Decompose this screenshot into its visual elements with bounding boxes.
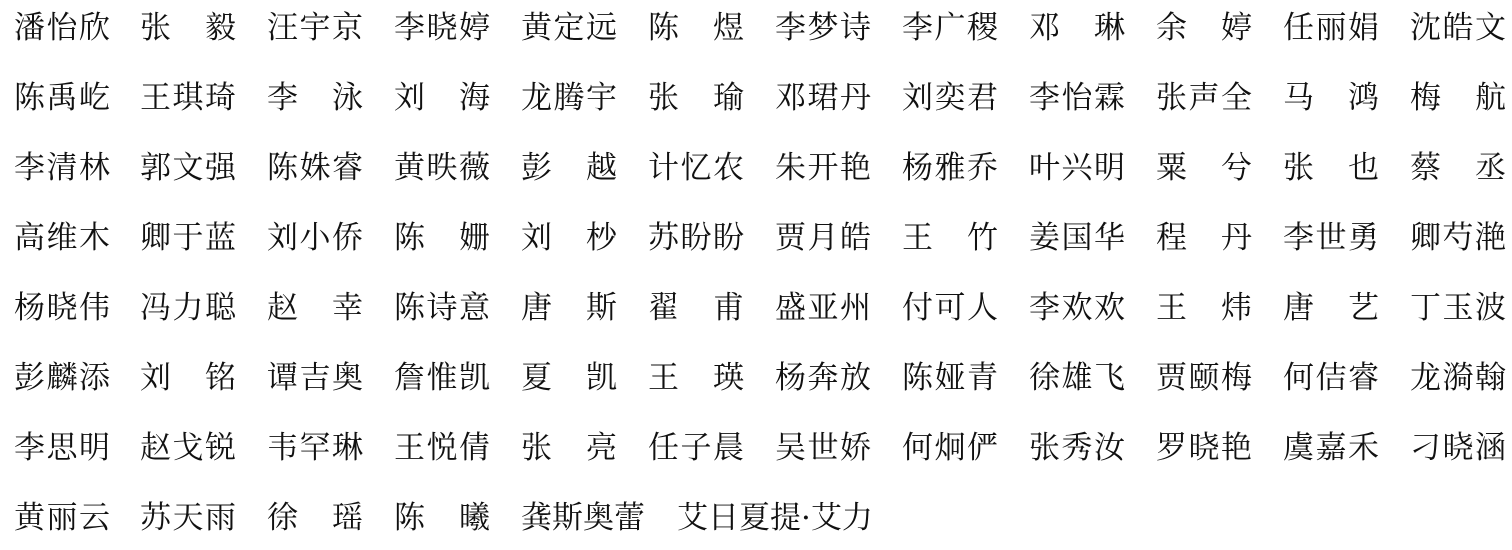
name-entry: 詹惟凯	[394, 356, 490, 400]
name-entry: 刘杪	[521, 216, 617, 260]
name-entry: 赵戈锐	[140, 426, 236, 470]
name-entry: 郭文强	[140, 146, 236, 190]
name-entry: 张亮	[521, 426, 617, 470]
name-entry: 刘海	[394, 76, 490, 120]
name-entry: 潘怡欣	[14, 6, 110, 50]
name-entry: 李晓婷	[394, 6, 490, 50]
name-row: 杨晓伟冯力聪赵幸陈诗意唐斯翟甫盛亚州付可人李欢欢王炜唐艺丁玉波	[0, 286, 1512, 330]
name-row: 李清林郭文强陈姝睿黄昳薇彭越计忆农朱开艳杨雅乔叶兴明粟兮张也蔡丞	[0, 146, 1512, 190]
name-entry: 计忆农	[648, 146, 744, 190]
name-entry: 梅航	[1410, 76, 1506, 120]
name-entry: 冯力聪	[140, 286, 236, 330]
name-entry: 任子晨	[648, 426, 744, 470]
name-row: 潘怡欣张毅汪宇京李晓婷黄定远陈煜李梦诗李广稷邓琳余婷任丽娟沈皓文	[0, 6, 1512, 50]
name-entry: 沈皓文	[1410, 6, 1506, 50]
name-entry: 徐雄飞	[1029, 356, 1125, 400]
name-entry: 韦罕琳	[267, 426, 363, 470]
name-entry: 陈禹屹	[14, 76, 110, 120]
name-entry: 盛亚州	[775, 286, 871, 330]
name-row: 李思明赵戈锐韦罕琳王悦倩张亮任子晨吴世娇何炯俨张秀汝罗晓艳虞嘉禾刁晓涵	[0, 426, 1512, 470]
name-entry: 陈曦	[394, 496, 490, 540]
name-entry: 黄定远	[521, 6, 617, 50]
name-entry: 苏盼盼	[648, 216, 744, 260]
name-entry: 张秀汝	[1029, 426, 1125, 470]
name-entry: 龙腾宇	[521, 76, 617, 120]
name-entry: 罗晓艳	[1156, 426, 1252, 470]
name-entry: 王琪琦	[140, 76, 236, 120]
name-entry: 陈姝睿	[267, 146, 363, 190]
name-entry: 汪宇京	[267, 6, 363, 50]
name-row: 彭麟添刘铭谭吉奥詹惟凯夏凯王瑛杨奔放陈娅青徐雄飞贾颐梅何佶睿龙漪翰	[0, 356, 1512, 400]
name-entry: 赵幸	[267, 286, 363, 330]
name-entry: 彭麟添	[14, 356, 110, 400]
name-entry: 徐瑶	[267, 496, 363, 540]
name-entry: 李清林	[14, 146, 110, 190]
name-entry: 陈姗	[394, 216, 490, 260]
name-entry: 卿芍滟	[1410, 216, 1506, 260]
name-entry: 黄丽云	[14, 496, 110, 540]
name-row: 陈禹屹王琪琦李泳刘海龙腾宇张瑜邓珺丹刘奕君李怡霖张声全马鸿梅航	[0, 76, 1512, 120]
name-entry: 陈诗意	[394, 286, 490, 330]
name-entry: 李欢欢	[1029, 286, 1125, 330]
name-entry: 叶兴明	[1029, 146, 1125, 190]
name-entry: 何炯俨	[902, 426, 998, 470]
name-entry: 李泳	[267, 76, 363, 120]
name-entry: 李思明	[14, 426, 110, 470]
name-entry: 张瑜	[648, 76, 744, 120]
name-entry: 龚斯奥蕾	[521, 496, 645, 540]
name-entry: 王竹	[902, 216, 998, 260]
name-entry: 程丹	[1156, 216, 1252, 260]
name-entry: 李梦诗	[775, 6, 871, 50]
name-entry: 苏天雨	[140, 496, 236, 540]
name-entry: 陈娅青	[902, 356, 998, 400]
name-entry: 丁玉波	[1410, 286, 1506, 330]
name-entry: 杨晓伟	[14, 286, 110, 330]
name-entry: 杨奔放	[775, 356, 871, 400]
name-entry: 朱开艳	[775, 146, 871, 190]
name-entry: 蔡丞	[1410, 146, 1506, 190]
name-entry: 李怡霖	[1029, 76, 1125, 120]
name-entry: 彭越	[521, 146, 617, 190]
name-entry: 刁晓涵	[1410, 426, 1506, 470]
name-entry: 谭吉奥	[267, 356, 363, 400]
name-entry: 贾颐梅	[1156, 356, 1252, 400]
name-entry: 高维木	[14, 216, 110, 260]
name-entry: 余婷	[1156, 6, 1252, 50]
name-entry: 王炜	[1156, 286, 1252, 330]
name-entry: 王悦倩	[394, 426, 490, 470]
name-entry: 王瑛	[648, 356, 744, 400]
name-entry: 张毅	[140, 6, 236, 50]
name-entry: 张声全	[1156, 76, 1252, 120]
name-entry: 唐斯	[521, 286, 617, 330]
name-row: 黄丽云苏天雨徐瑶陈曦龚斯奥蕾艾日夏提·艾力	[0, 496, 1512, 540]
name-entry: 邓珺丹	[775, 76, 871, 120]
name-entry: 何佶睿	[1283, 356, 1379, 400]
name-entry: 邓琳	[1029, 6, 1125, 50]
name-entry: 李世勇	[1283, 216, 1379, 260]
name-row: 高维木卿于蓝刘小侨陈姗刘杪苏盼盼贾月皓王竹姜国华程丹李世勇卿芍滟	[0, 216, 1512, 260]
name-entry: 卿于蓝	[140, 216, 236, 260]
name-entry: 吴世娇	[775, 426, 871, 470]
name-entry: 李广稷	[902, 6, 998, 50]
name-entry: 夏凯	[521, 356, 617, 400]
name-entry: 虞嘉禾	[1283, 426, 1379, 470]
name-entry: 贾月皓	[775, 216, 871, 260]
name-entry: 黄昳薇	[394, 146, 490, 190]
name-entry: 付可人	[902, 286, 998, 330]
name-entry: 刘奕君	[902, 76, 998, 120]
name-entry: 杨雅乔	[902, 146, 998, 190]
name-entry: 粟兮	[1156, 146, 1252, 190]
name-entry: 陈煜	[648, 6, 744, 50]
name-entry: 艾日夏提·艾力	[677, 496, 873, 540]
name-list: 潘怡欣张毅汪宇京李晓婷黄定远陈煜李梦诗李广稷邓琳余婷任丽娟沈皓文陈禹屹王琪琦李泳…	[0, 0, 1512, 550]
name-entry: 唐艺	[1283, 286, 1379, 330]
name-entry: 张也	[1283, 146, 1379, 190]
name-entry: 龙漪翰	[1410, 356, 1506, 400]
name-entry: 任丽娟	[1283, 6, 1379, 50]
name-entry: 翟甫	[648, 286, 744, 330]
name-entry: 刘铭	[140, 356, 236, 400]
name-entry: 马鸿	[1283, 76, 1379, 120]
name-entry: 姜国华	[1029, 216, 1125, 260]
name-entry: 刘小侨	[267, 216, 363, 260]
